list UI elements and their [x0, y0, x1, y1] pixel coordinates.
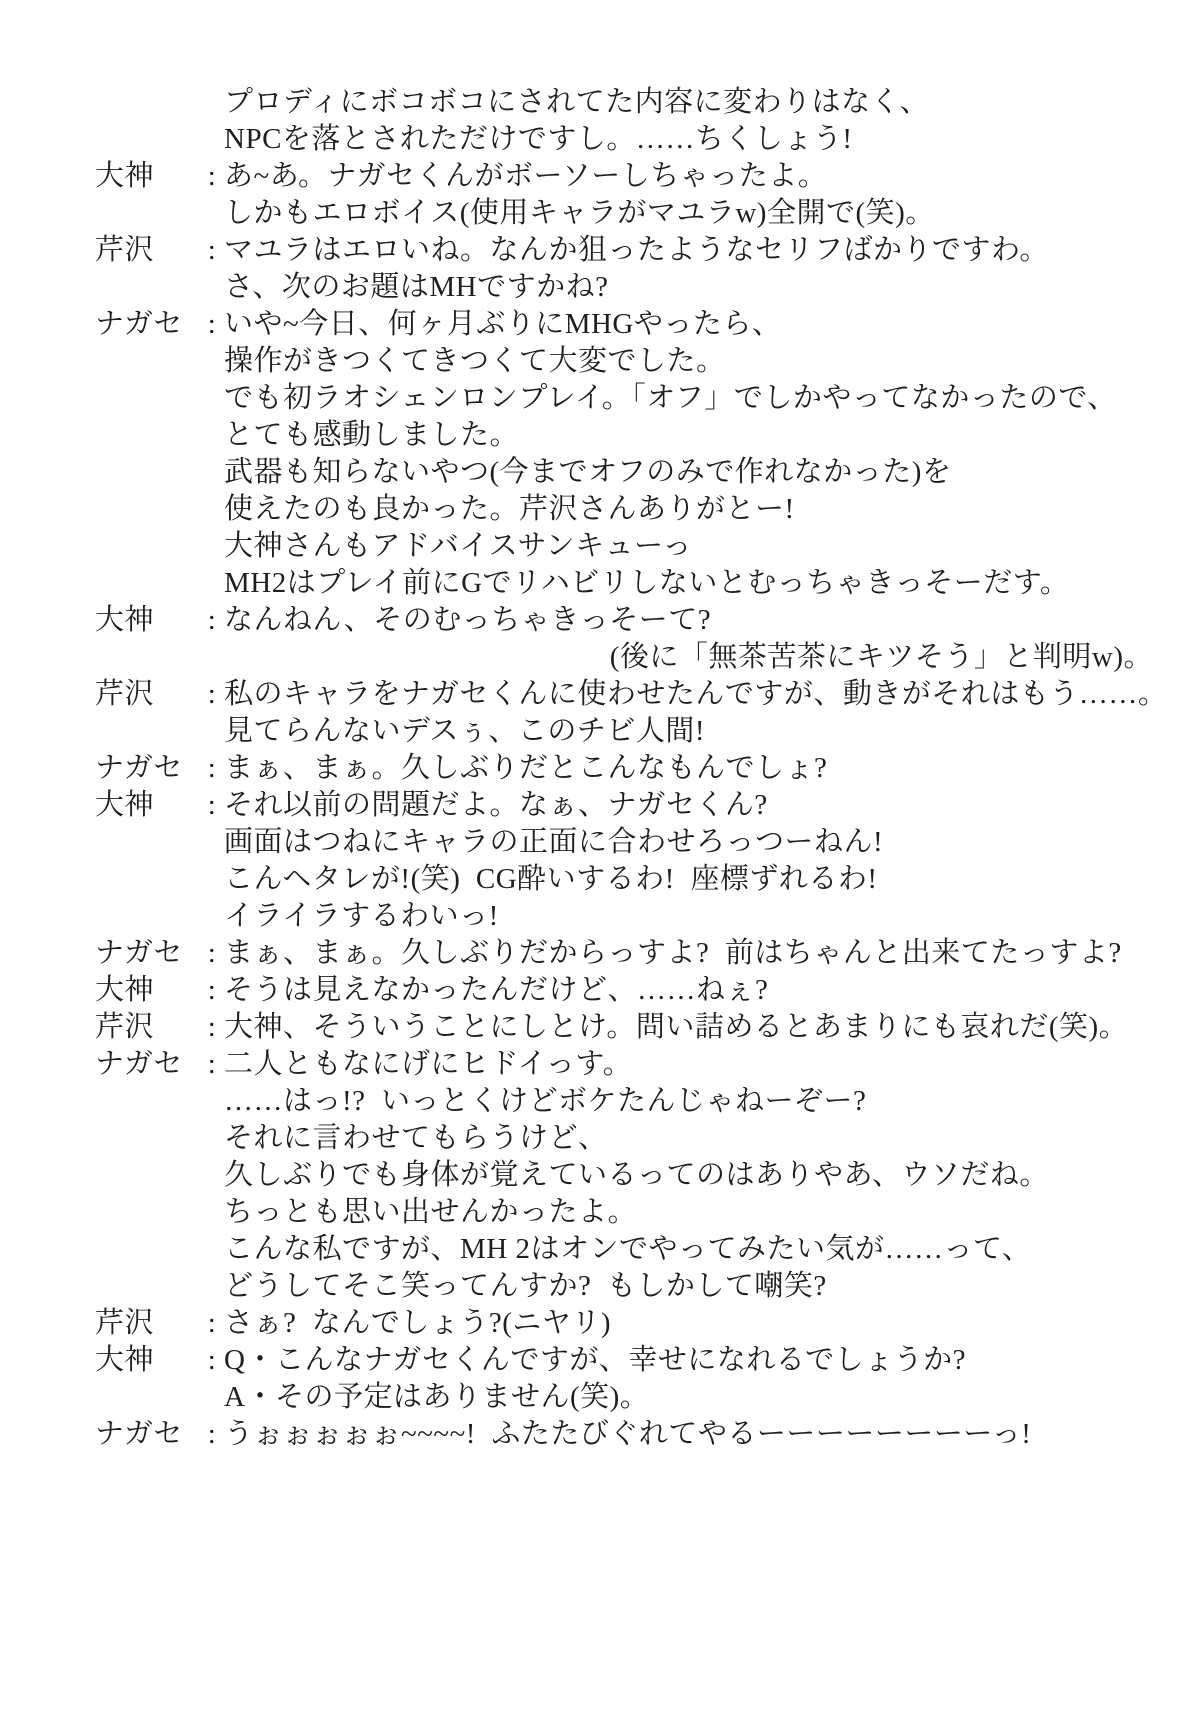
speaker-colon: :: [200, 972, 224, 1009]
dialogue-line: 芹沢 : 私のキャラをナガセくんに使わせたんですが、動きがそれはもう……。: [95, 676, 1153, 713]
speaker-colon: [200, 565, 224, 602]
speaker-name: [95, 1231, 200, 1268]
dialogue-text: とても感動しました。: [224, 417, 1153, 454]
speaker-colon: :: [200, 1046, 224, 1083]
dialogue-line: こんな私ですが、MH 2はオンでやってみたい気が……って、: [95, 1231, 1153, 1268]
speaker-colon: :: [200, 676, 224, 713]
speaker-colon: [200, 528, 224, 565]
speaker-name: [95, 269, 200, 306]
speaker-name: 芹沢: [95, 232, 200, 269]
speaker-colon: :: [200, 158, 224, 195]
dialogue-line: しかもエロボイス(使用キャラがマユラw)全開で(笑)。: [95, 195, 1153, 232]
speaker-name: [95, 417, 200, 454]
speaker-colon: :: [200, 787, 224, 824]
speaker-name: [95, 861, 200, 898]
speaker-name: [95, 343, 200, 380]
dialogue-line: とても感動しました。: [95, 417, 1153, 454]
dialogue-line: 操作がきつくてきつくて大変でした。: [95, 343, 1153, 380]
speaker-name: [95, 528, 200, 565]
dialogue-text: なんねん、そのむっちゃきっそーて?: [224, 602, 1153, 639]
speaker-colon: [200, 343, 224, 380]
speaker-colon: [200, 1120, 224, 1157]
speaker-name: [95, 454, 200, 491]
speaker-colon: [200, 121, 224, 158]
speaker-colon: [200, 1268, 224, 1305]
dialogue-line: さ、次のお題はMHですかね?: [95, 269, 1153, 306]
speaker-colon: [200, 824, 224, 861]
speaker-colon: :: [200, 306, 224, 343]
dialogue-line: プロディにボコボコにされてた内容に変わりはなく、: [95, 84, 1153, 121]
dialogue-line: A・その予定はありません(笑)。: [95, 1379, 1153, 1416]
dialogue-text: まぁ、まぁ。久しぶりだとこんなもんでしょ?: [224, 750, 1153, 787]
dialogue-line: 画面はつねにキャラの正面に合わせろっつーねん!: [95, 824, 1153, 861]
dialogue-line: ……はっ!? いっとくけどボケたんじゃねーぞー?: [95, 1083, 1153, 1120]
speaker-colon: [200, 861, 224, 898]
speaker-name: [95, 1379, 200, 1416]
speaker-name: [95, 84, 200, 121]
speaker-colon: [200, 1231, 224, 1268]
dialogue-text: うぉぉぉぉぉ~~~~! ふたたびぐれてやるーーーーーーーーっ!: [224, 1416, 1153, 1453]
dialogue-text: 大神、そういうことにしとけ。問い詰めるとあまりにも哀れだ(笑)。: [224, 1009, 1153, 1046]
dialogue-text: プロディにボコボコにされてた内容に変わりはなく、: [224, 84, 1153, 121]
dialogue-line: 大神 : なんねん、そのむっちゃきっそーて?: [95, 602, 1153, 639]
dialogue-text: 大神さんもアドバイスサンキューっ: [224, 528, 1153, 565]
dialogue-text: マユラはエロいね。なんか狙ったようなセリフばかりですわ。: [224, 232, 1153, 269]
dialogue-line: 芹沢 : マユラはエロいね。なんか狙ったようなセリフばかりですわ。: [95, 232, 1153, 269]
dialogue-line: MH2はプレイ前にGでリハビリしないとむっちゃきっそーだす。: [95, 565, 1153, 602]
dialogue-line: 大神 : あ~あ。ナガセくんがボーソーしちゃったよ。: [95, 158, 1153, 195]
dialogue-line: 久しぶりでも身体が覚えているってのはありやあ、ウソだね。: [95, 1157, 1153, 1194]
dialogue-line: 大神 : それ以前の問題だよ。なぁ、ナガセくん?: [95, 787, 1153, 824]
dialogue-text: 見てらんないデスぅ、このチビ人間!: [224, 713, 1153, 750]
speaker-name: [95, 195, 200, 232]
speaker-colon: :: [200, 1009, 224, 1046]
speaker-name: [95, 491, 200, 528]
speaker-colon: [200, 898, 224, 935]
dialogue-text: ちっとも思い出せんかったよ。: [224, 1194, 1153, 1231]
dialogue-line: 武器も知らないやつ(今までオフのみで作れなかった)を: [95, 454, 1153, 491]
speaker-name: [95, 1157, 200, 1194]
dialogue-text: ……はっ!? いっとくけどボケたんじゃねーぞー?: [224, 1083, 1153, 1120]
speaker-colon: :: [200, 1305, 224, 1342]
dialogue-line: NPCを落とされただけですし。……ちくしょう!: [95, 121, 1153, 158]
speaker-colon: [200, 491, 224, 528]
speaker-name: 大神: [95, 602, 200, 639]
speaker-name: ナガセ: [95, 1416, 200, 1453]
speaker-name: [95, 1194, 200, 1231]
dialogue-text: それ以前の問題だよ。なぁ、ナガセくん?: [224, 787, 1153, 824]
dialogue-line: 芹沢 : さぁ? なんでしょう?(ニヤリ): [95, 1305, 1153, 1342]
dialogue-text: (後に「無茶苦茶にキツそう」と判明w)。: [224, 639, 1153, 676]
speaker-colon: [200, 713, 224, 750]
speaker-colon: :: [200, 232, 224, 269]
speaker-name: ナガセ: [95, 1046, 200, 1083]
speaker-name: [95, 824, 200, 861]
speaker-name: 芹沢: [95, 1009, 200, 1046]
speaker-name: [95, 713, 200, 750]
dialogue-text: NPCを落とされただけですし。……ちくしょう!: [224, 121, 1153, 158]
dialogue-text: そうは見えなかったんだけど、……ねぇ?: [224, 972, 1153, 1009]
dialogue-text: さぁ? なんでしょう?(ニヤリ): [224, 1305, 1153, 1342]
dialogue-line: ナガセ : 二人ともなにげにヒドイっす。: [95, 1046, 1153, 1083]
dialogue-text: いや~今日、何ヶ月ぶりにMHGやったら、: [224, 306, 1153, 343]
speaker-name: 大神: [95, 787, 200, 824]
speaker-name: 大神: [95, 158, 200, 195]
dialogue-line: (後に「無茶苦茶にキツそう」と判明w)。: [95, 639, 1153, 676]
speaker-name: 大神: [95, 972, 200, 1009]
dialogue-text: 二人ともなにげにヒドイっす。: [224, 1046, 1153, 1083]
dialogue-line: イライラするわいっ!: [95, 898, 1153, 935]
dialogue-text: まぁ、まぁ。久しぶりだからっすよ? 前はちゃんと出来てたっすよ?: [224, 935, 1153, 972]
speaker-colon: :: [200, 1342, 224, 1379]
speaker-colon: :: [200, 935, 224, 972]
dialogue-text: あ~あ。ナガセくんがボーソーしちゃったよ。: [224, 158, 1153, 195]
speaker-colon: [200, 1194, 224, 1231]
speaker-colon: [200, 380, 224, 417]
speaker-name: [95, 121, 200, 158]
dialogue-text: 私のキャラをナガセくんに使わせたんですが、動きがそれはもう……。: [224, 676, 1167, 713]
dialogue-line: それに言わせてもらうけど、: [95, 1120, 1153, 1157]
speaker-colon: :: [200, 750, 224, 787]
dialogue-text: 久しぶりでも身体が覚えているってのはありやあ、ウソだね。: [224, 1157, 1153, 1194]
dialogue-text: 操作がきつくてきつくて大変でした。: [224, 343, 1153, 380]
dialogue-text: こんな私ですが、MH 2はオンでやってみたい気が……って、: [224, 1231, 1153, 1268]
dialogue-line: ナガセ : まぁ、まぁ。久しぶりだからっすよ? 前はちゃんと出来てたっすよ?: [95, 935, 1153, 972]
speaker-colon: [200, 195, 224, 232]
speaker-name: [95, 1083, 200, 1120]
speaker-colon: [200, 269, 224, 306]
speaker-colon: :: [200, 602, 224, 639]
speaker-name: [95, 1268, 200, 1305]
dialogue-line: 芹沢 : 大神、そういうことにしとけ。問い詰めるとあまりにも哀れだ(笑)。: [95, 1009, 1153, 1046]
dialogue-text: 使えたのも良かった。芹沢さんありがとー!: [224, 491, 1153, 528]
speaker-colon: [200, 1379, 224, 1416]
dialogue-text: しかもエロボイス(使用キャラがマユラw)全開で(笑)。: [224, 195, 1153, 232]
dialogue-text: それに言わせてもらうけど、: [224, 1120, 1153, 1157]
dialogue-text: 画面はつねにキャラの正面に合わせろっつーねん!: [224, 824, 1153, 861]
dialogue-line: 大神 : Q・こんなナガセくんですが、幸せになれるでしょうか?: [95, 1342, 1153, 1379]
document-page: プロディにボコボコにされてた内容に変わりはなく、 NPCを落とされただけですし。…: [0, 0, 1200, 1715]
speaker-name: [95, 639, 200, 676]
dialogue-text: イライラするわいっ!: [224, 898, 1153, 935]
speaker-colon: [200, 1083, 224, 1120]
speaker-colon: [200, 84, 224, 121]
dialogue-line: 大神さんもアドバイスサンキューっ: [95, 528, 1153, 565]
dialogue-line: ナガセ : まぁ、まぁ。久しぶりだとこんなもんでしょ?: [95, 750, 1153, 787]
dialogue-line: 大神 : そうは見えなかったんだけど、……ねぇ?: [95, 972, 1153, 1009]
dialogue-text: こんヘタレが!(笑) CG酔いするわ! 座標ずれるわ!: [224, 861, 1153, 898]
dialogue-line: こんヘタレが!(笑) CG酔いするわ! 座標ずれるわ!: [95, 861, 1153, 898]
dialogue-line: ナガセ : いや~今日、何ヶ月ぶりにMHGやったら、: [95, 306, 1153, 343]
dialogue-text: どうしてそこ笑ってんすか? もしかして嘲笑?: [224, 1268, 1153, 1305]
dialogue-line: でも初ラオシェンロンプレイ。「オフ」でしかやってなかったので、: [95, 380, 1153, 417]
dialogue-transcript: プロディにボコボコにされてた内容に変わりはなく、 NPCを落とされただけですし。…: [95, 84, 1153, 1453]
speaker-name: ナガセ: [95, 750, 200, 787]
speaker-name: ナガセ: [95, 306, 200, 343]
speaker-colon: :: [200, 1416, 224, 1453]
speaker-name: 芹沢: [95, 1305, 200, 1342]
dialogue-text: 武器も知らないやつ(今までオフのみで作れなかった)を: [224, 454, 1153, 491]
dialogue-line: 見てらんないデスぅ、このチビ人間!: [95, 713, 1153, 750]
dialogue-line: ちっとも思い出せんかったよ。: [95, 1194, 1153, 1231]
speaker-colon: [200, 417, 224, 454]
speaker-colon: [200, 454, 224, 491]
dialogue-line: ナガセ : うぉぉぉぉぉ~~~~! ふたたびぐれてやるーーーーーーーーっ!: [95, 1416, 1153, 1453]
speaker-name: 大神: [95, 1342, 200, 1379]
dialogue-text: A・その予定はありません(笑)。: [224, 1379, 1153, 1416]
dialogue-line: 使えたのも良かった。芹沢さんありがとー!: [95, 491, 1153, 528]
speaker-name: 芹沢: [95, 676, 200, 713]
dialogue-text: Q・こんなナガセくんですが、幸せになれるでしょうか?: [224, 1342, 1153, 1379]
speaker-colon: [200, 1157, 224, 1194]
dialogue-text: MH2はプレイ前にGでリハビリしないとむっちゃきっそーだす。: [224, 565, 1153, 602]
dialogue-text: でも初ラオシェンロンプレイ。「オフ」でしかやってなかったので、: [224, 380, 1153, 417]
speaker-name: [95, 898, 200, 935]
speaker-name: [95, 1120, 200, 1157]
dialogue-text: さ、次のお題はMHですかね?: [224, 269, 1153, 306]
dialogue-line: どうしてそこ笑ってんすか? もしかして嘲笑?: [95, 1268, 1153, 1305]
speaker-name: ナガセ: [95, 935, 200, 972]
speaker-name: [95, 565, 200, 602]
speaker-colon: [200, 639, 224, 676]
speaker-name: [95, 380, 200, 417]
